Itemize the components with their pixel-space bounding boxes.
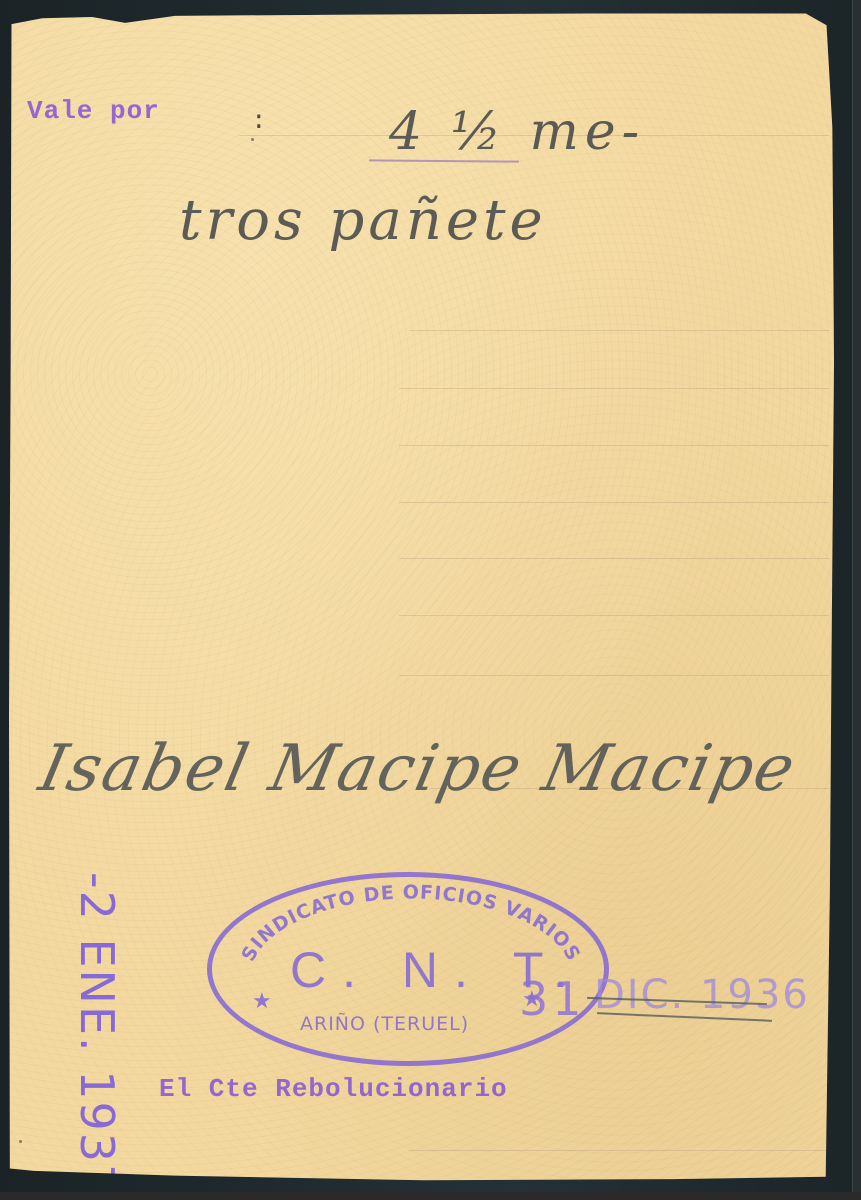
star-icon: ★ [252,989,272,1014]
amount-line-1: 4 ½ me- [389,102,645,162]
struck-date-month-year: DIC. 1936 [594,972,810,1018]
union-stamp: SINDICATO DE OFICIOS VARIOS C. N. T. ★ A… [207,872,609,1066]
committee-signature-line: El Cte Rebolucionario [159,1074,508,1104]
ruled-line [409,1150,839,1151]
signature: Isabel Macipe Macipe [33,732,803,806]
scan-frame-bottom [0,1192,861,1200]
amount-line-2: tros pañete [179,188,547,253]
voucher-paper: Vale por : 4 ½ me- tros pañete Isabel Ma… [9,10,839,1185]
scan-frame-edge [852,0,861,1200]
ruled-line [399,558,829,559]
stamp-location-text: ARIÑO (TERUEL) [300,1013,469,1035]
vertical-date-stamp: -2 ENE. 1937 [69,872,129,1142]
vale-por-label: Vale por [27,96,160,126]
ruled-line [399,615,829,616]
ruled-line [399,675,829,676]
stray-ink-dot [19,1140,22,1143]
vertical-date-text: -2 ENE. 1937 [70,872,124,1195]
ruled-line [399,445,829,446]
ruled-line [399,502,829,503]
stray-ink-dot [251,138,254,141]
label-separator: : [251,106,268,136]
ruled-line [399,388,829,389]
ruled-line [409,330,829,331]
struck-date-day: 31 [519,972,586,1026]
